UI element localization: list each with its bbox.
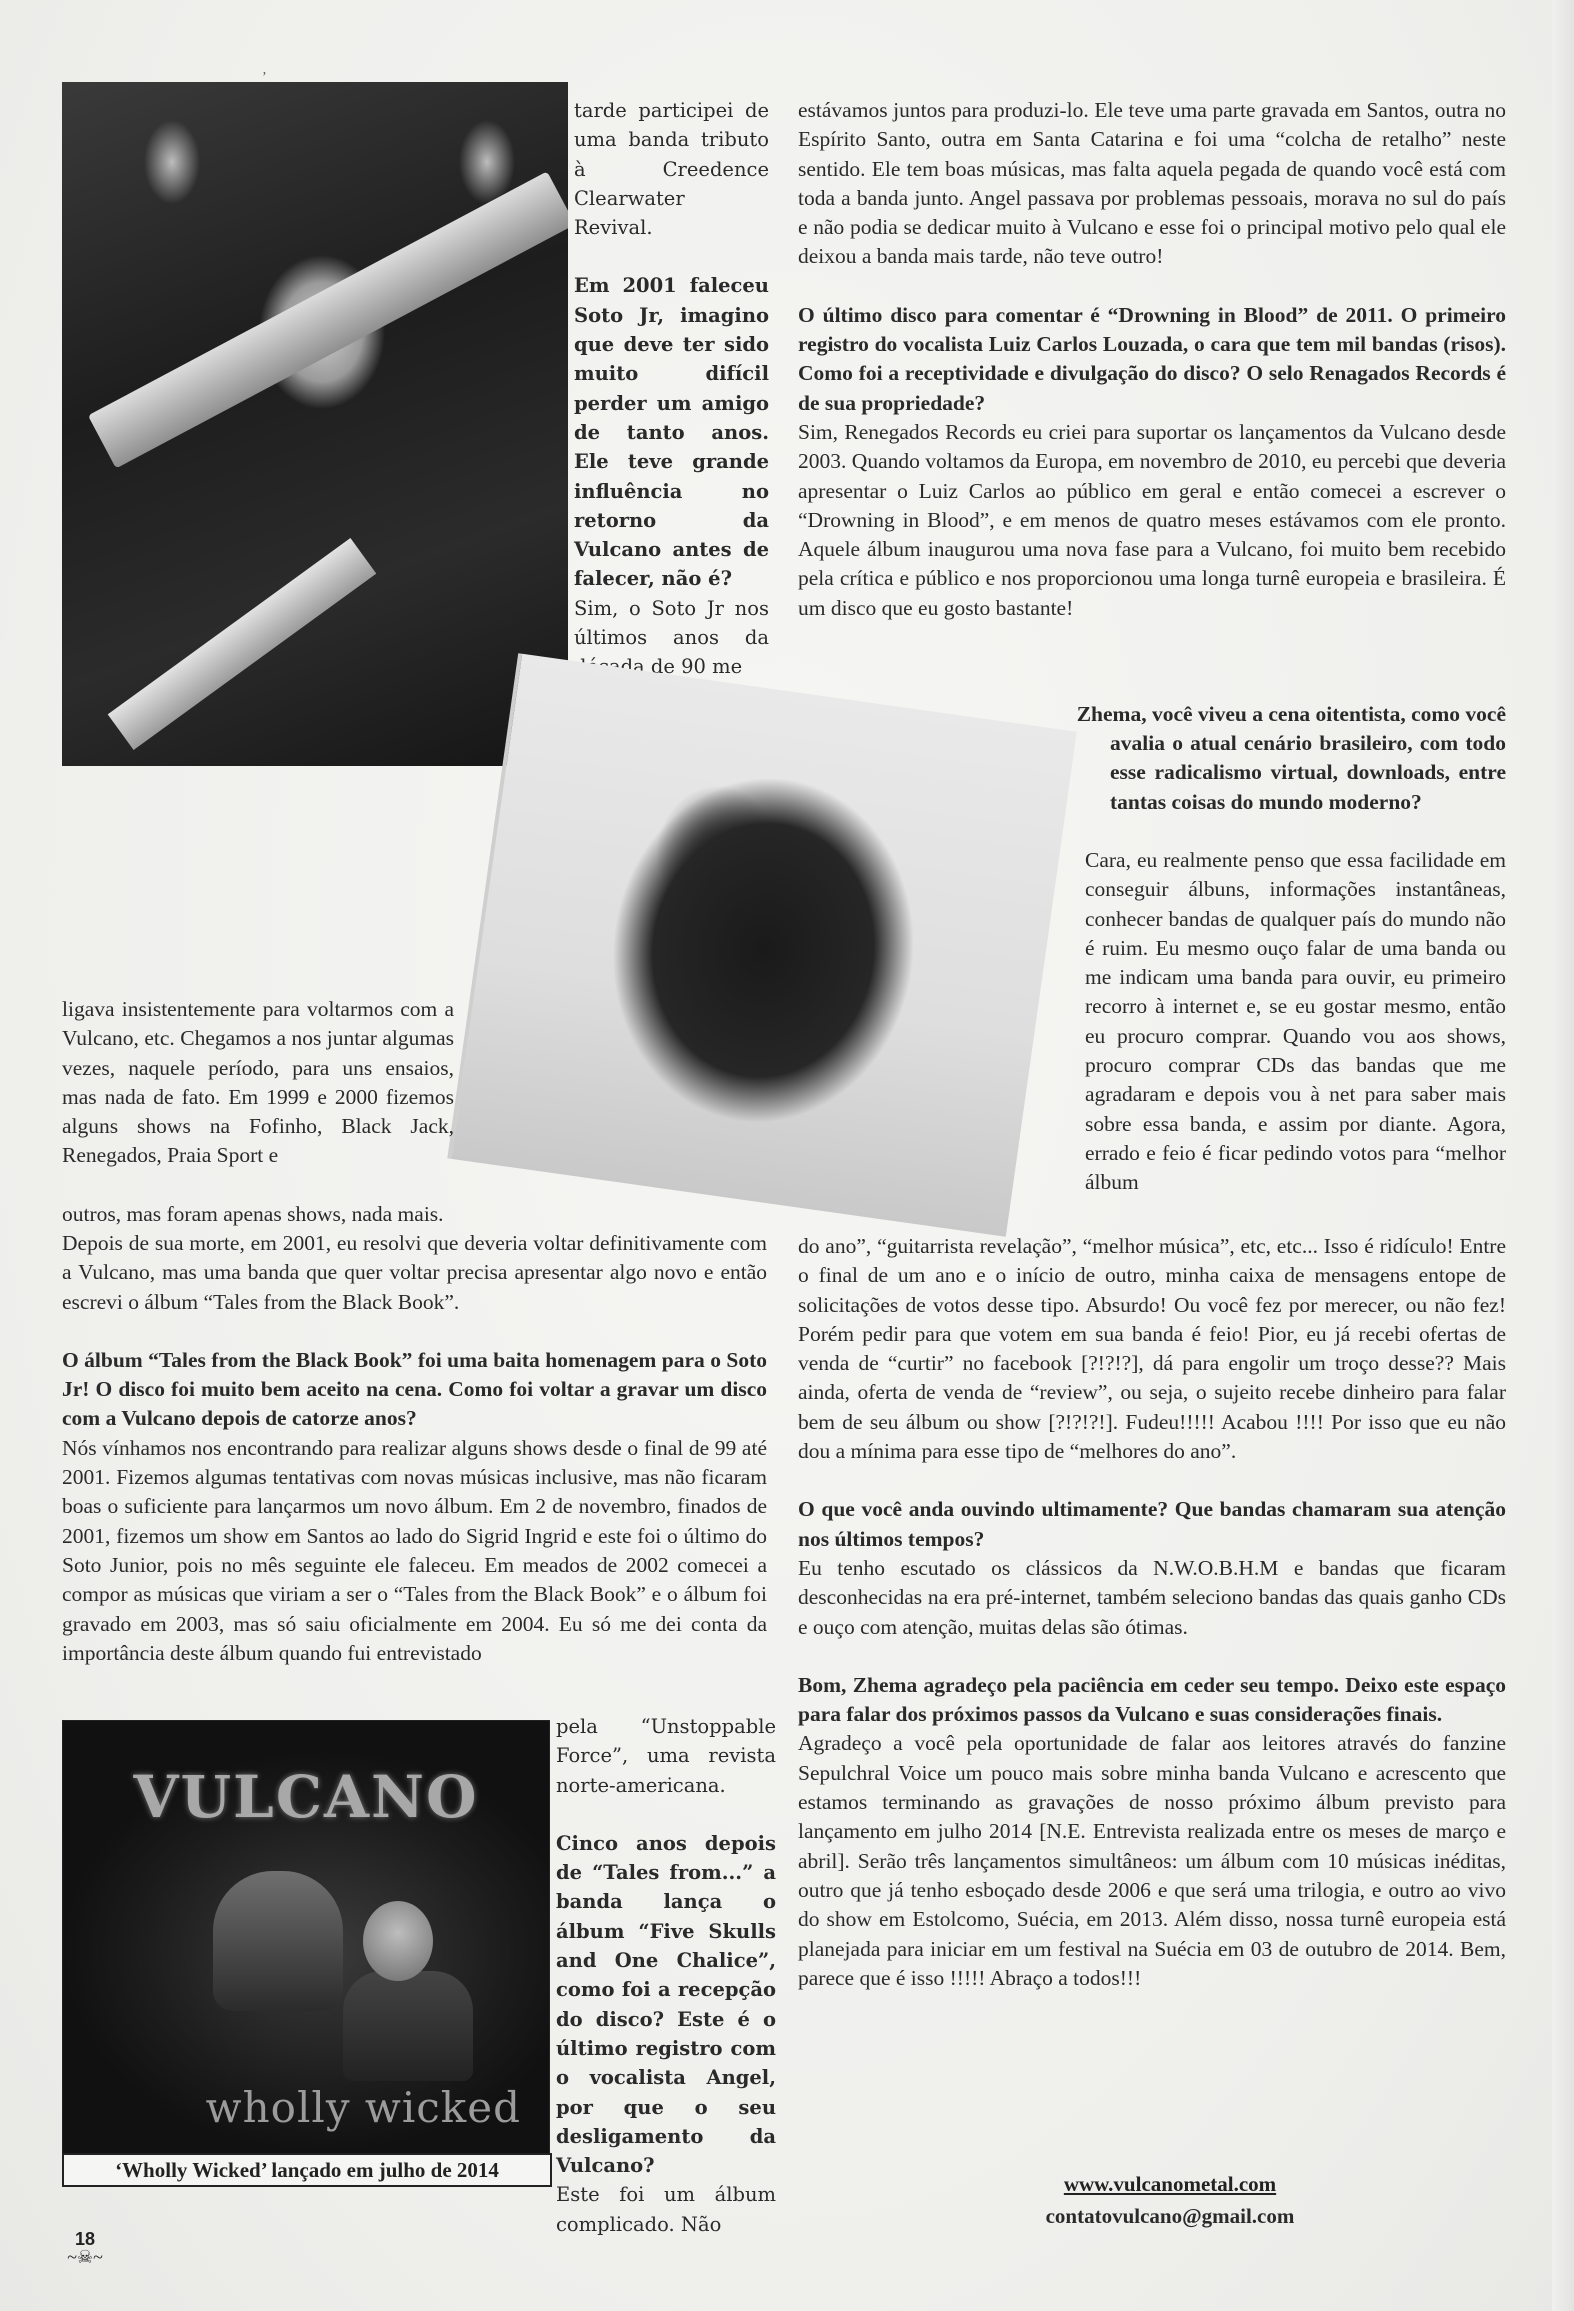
answer-text: ligava insistentemente para voltarmos co… (62, 995, 454, 1171)
answer-text: tarde participei de uma banda tributo à … (574, 96, 769, 242)
cover-figure-body (343, 1971, 473, 2081)
question-text: O último disco para comentar é “Drowning… (798, 301, 1506, 418)
cover-figure-head (363, 1901, 433, 1981)
page-edge (1552, 0, 1574, 2311)
answer-text: outros, mas foram apenas shows, nada mai… (62, 1200, 762, 1229)
album-title: wholly wicked (206, 2083, 521, 2132)
right-column-bottom: do ano”, “guitarrista revelação”, “melho… (798, 1232, 1506, 1993)
answer-text: Depois de sua morte, em 2001, eu resolvi… (62, 1229, 767, 1317)
photo-soto-jr (62, 82, 568, 766)
answer-text: Eu tenho escutado os clássicos da N.W.O.… (798, 1554, 1506, 1642)
question-text: Cinco anos depois de “Tales from...” a b… (556, 1829, 776, 2181)
website-link-wrap: www.vulcanometal.com (960, 2172, 1380, 2197)
answer-text: do ano”, “guitarrista revelação”, “melho… (798, 1232, 1506, 1466)
left-wrap-text: ligava insistentemente para voltarmos co… (62, 995, 454, 1171)
email-wrap: contatovulcano@gmail.com (960, 2204, 1380, 2229)
band-logo: VULCANO (63, 1763, 549, 1831)
album-caption: ‘Wholly Wicked’ lançado em julho de 2014 (62, 2153, 552, 2187)
question-text: avalia o atual cenário brasileiro, com t… (1110, 729, 1506, 817)
question-text: Em 2001 faleceu Soto Jr, imagino que dev… (574, 271, 769, 593)
answer-text: Sim, Renegados Records eu criei para sup… (798, 418, 1506, 623)
question-text: O que você anda ouvindo ultimamente? Que… (798, 1495, 1506, 1554)
guitar-body (108, 538, 377, 750)
page-number-ornament: 18 ~☠~ (50, 2230, 120, 2274)
answer-text: Agradeço a você pela oportunidade de fal… (798, 1729, 1506, 1993)
answer-text: Cara, eu realmente penso que essa facili… (1085, 846, 1506, 1198)
answer-text: pela “Unstoppable Force”, uma revista no… (556, 1712, 776, 1800)
photo-vocalist (447, 653, 1076, 1237)
right-column-top: estávamos juntos para produzi-lo. Ele te… (798, 96, 1506, 623)
email-address[interactable]: contatovulcano@gmail.com (1046, 2204, 1295, 2228)
question-text: Zhema, você viveu a cena oitentista, com… (950, 700, 1506, 729)
question-q4-rest: avalia o atual cenário brasileiro, com t… (1110, 729, 1506, 817)
cover-figure-hooded (213, 1871, 343, 2011)
left-column-middle: Depois de sua morte, em 2001, eu resolvi… (62, 1229, 767, 1668)
guitar-neck (88, 171, 568, 468)
side-column-upper: tarde participei de uma banda tributo à … (574, 96, 769, 682)
answer-text: Nós vínhamos nos encontrando para realiz… (62, 1434, 767, 1668)
answer-q4-wrap: Cara, eu realmente penso que essa facili… (1085, 846, 1506, 1198)
question-text: O álbum “Tales from the Black Book” foi … (62, 1346, 767, 1434)
side-column-lower: pela “Unstoppable Force”, uma revista no… (556, 1712, 776, 2239)
question-q4-line1: Zhema, você viveu a cena oitentista, com… (950, 700, 1506, 729)
answer-text: Este foi um álbum complicado. Não (556, 2180, 776, 2239)
question-text: Bom, Zhema agradeço pela paciência em ce… (798, 1671, 1506, 1730)
album-cover-wholly-wicked: VULCANO wholly wicked (62, 1720, 550, 2155)
website-link[interactable]: www.vulcanometal.com (1064, 2172, 1276, 2196)
left-wrap-tail: outros, mas foram apenas shows, nada mai… (62, 1200, 762, 1229)
page-number: 18 (50, 2230, 120, 2248)
answer-text: estávamos juntos para produzi-lo. Ele te… (798, 96, 1506, 272)
skull-ornament-icon: ~☠~ (50, 2248, 120, 2266)
